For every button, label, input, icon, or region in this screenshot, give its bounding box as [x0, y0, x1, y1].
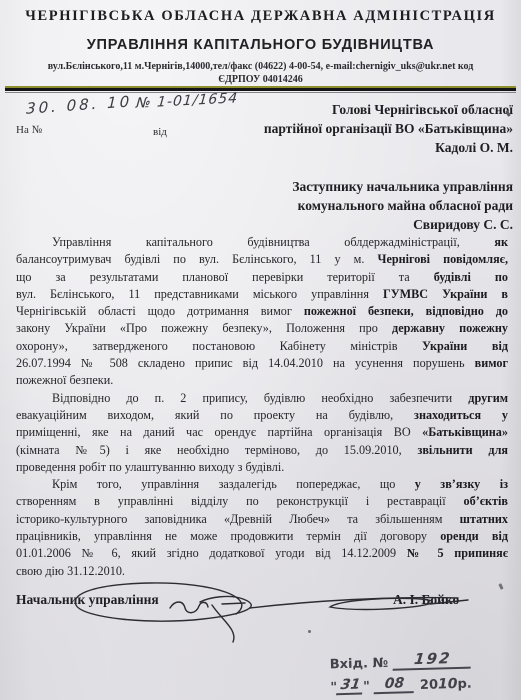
divider-thin-line: [5, 92, 516, 93]
letter-body: Управління капітального будівництва облд…: [16, 234, 508, 580]
stamp-year-prefix: 20: [420, 678, 438, 693]
stamp-year-suffix: р.: [457, 677, 472, 692]
scan-speck: [308, 630, 311, 633]
body-line: закону України «Про пожежну безпеку», По…: [16, 320, 508, 337]
body-line: балансоутримувач будівлі по вул. Бєлінсь…: [16, 251, 508, 268]
stamp-close-quote: ": [363, 679, 370, 694]
letterhead-address: вул.Бєлінського,11 м.Чернігів,14000,тел/…: [0, 61, 521, 86]
addressee-line: Заступнику начальника управління: [213, 177, 513, 196]
handwritten-date: 30. 08. 10: [26, 92, 133, 118]
on-number-label: На №: [16, 124, 42, 136]
body-line: 26.07.1994 № 508 складено припис від 14.…: [16, 355, 508, 372]
body-line: пожежної безпеки.: [16, 372, 508, 389]
stamp-month: 08: [373, 675, 414, 694]
addressee-line: Голові Чернігівської обласної: [213, 100, 513, 119]
body-line: Чернігівській області щодо дотримання ви…: [16, 303, 508, 320]
edrpou-line: ЄДРПОУ 04014246: [0, 74, 521, 87]
from-label: від: [153, 126, 167, 138]
body-line: (кімната №5) і яке необхідно терміново, …: [16, 442, 508, 459]
body-line: евакуаційним виходом, який по проекту на…: [16, 407, 508, 424]
body-line: Управління капітального будівництва облд…: [16, 234, 508, 251]
body-line: працівників, управління не може продовжи…: [16, 528, 508, 545]
addressee-svyrydov: Заступнику начальника управління комунал…: [213, 177, 513, 234]
stamp-day: 31: [336, 676, 365, 695]
body-line: Крім того, управління заздалегідь попере…: [16, 476, 508, 493]
body-line: проведення робіт по улаштуванню виходу з…: [16, 459, 508, 476]
handwritten-signature: [0, 568, 521, 653]
paragraph-1: Управління капітального будівництва облд…: [16, 234, 508, 390]
stamp-label: Вхід. №: [330, 656, 389, 673]
paragraph-3: Крім того, управління заздалегідь попере…: [16, 476, 508, 580]
body-line: 01.01.2006 № 6, який згідно додаткової у…: [16, 545, 508, 562]
paragraph-2: Відповідно до п. 2 припису, будівлю необ…: [16, 390, 508, 476]
body-line: історико-культурного заповідника «Древні…: [16, 511, 508, 528]
addressee-line: Кадолі О. М.: [213, 138, 513, 157]
stamp-incoming-number: 192: [393, 649, 473, 671]
stamp-date-row: " 31 " 08 20 10 р.: [330, 673, 510, 696]
address-line: вул.Бєлінського,11 м.Чернігів,14000,тел/…: [0, 61, 521, 74]
addressee-line: Свиридову С. С.: [213, 215, 513, 234]
letterhead-divider: [5, 86, 516, 93]
body-line: Відповідно до п. 2 припису, будівлю необ…: [16, 390, 508, 407]
incoming-stamp: Вхід. № 192 " 31 " 08 20 10 р.: [329, 648, 510, 696]
addressee-line: комунального майна обласної ради: [213, 196, 513, 215]
addressee-batkivshchyna: Голові Чернігівської обласної партійної …: [213, 100, 513, 157]
body-line: охорону», затвердженого постановою Кабін…: [16, 338, 508, 355]
stamp-year: 10: [438, 676, 458, 693]
body-line: приміщенні, яке на даний час орендує пар…: [16, 424, 508, 441]
organization-title: ЧЕРНІГІВСЬКА ОБЛАСНА ДЕРЖАВНА АДМІНІСТРА…: [0, 8, 521, 25]
addressee-line: партійної організації ВО «Батьківщина»: [213, 119, 513, 138]
body-line: створенням в управлінні відділу по рекон…: [16, 493, 508, 510]
scanned-letter-page: ЧЕРНІГІВСЬКА ОБЛАСНА ДЕРЖАВНА АДМІНІСТРА…: [0, 0, 521, 700]
divider-black-line: [5, 88, 516, 91]
stamp-number-row: Вхід. № 192: [329, 648, 509, 673]
body-line: що за результатами планової перевірки те…: [16, 269, 508, 286]
department-title: УПРАВЛІННЯ КАПІТАЛЬНОГО БУДІВНИЦТВА: [0, 37, 521, 53]
body-line: вул. Бєлінського, 11 представниками місь…: [16, 286, 508, 303]
